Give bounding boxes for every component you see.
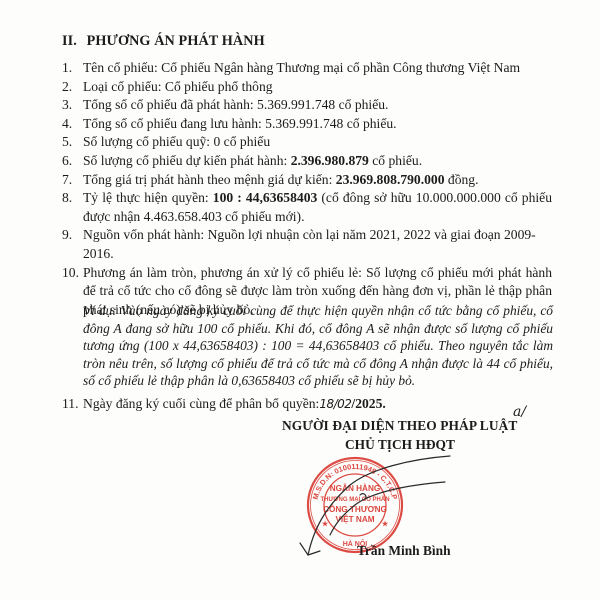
list-item: 3.Tổng số cổ phiếu đã phát hành: 5.369.9… xyxy=(62,96,552,115)
list-item: 4.Tổng số cổ phiếu đang lưu hành: 5.369.… xyxy=(62,115,552,134)
list-item: 5.Số lượng cổ phiếu quỹ: 0 cổ phiếu xyxy=(62,133,552,152)
rounding-example: Ví dụ: Vào ngày đăng ký cuối cùng để thự… xyxy=(83,302,553,390)
record-year: /2025. xyxy=(351,396,385,411)
list-item: 8.Tỷ lệ thực hiện quyền: 100 : 44,636584… xyxy=(62,189,552,226)
issuance-plan-list: 1.Tên cổ phiếu: Cổ phiếu Ngân hàng Thươn… xyxy=(62,59,552,319)
exercise-ratio: 100 : 44,63658403 xyxy=(213,190,318,205)
handwritten-date: 18/02 xyxy=(319,397,351,411)
signer-position: CHỦ TỊCH HĐQT xyxy=(345,437,455,453)
section-title: PHƯƠNG ÁN PHÁT HÀNH xyxy=(87,33,265,49)
section-heading: II. PHƯƠNG ÁN PHÁT HÀNH xyxy=(62,33,265,50)
signature-title: NGƯỜI ĐẠI DIỆN THEO PHÁP LUẬT xyxy=(282,418,517,434)
section-number: II. xyxy=(62,33,83,50)
handwritten-initials: a/ xyxy=(513,404,526,420)
document-page: II. PHƯƠNG ÁN PHÁT HÀNH 1.Tên cổ phiếu: … xyxy=(0,0,600,600)
list-item: 7.Tổng giá trị phát hành theo mệnh giá d… xyxy=(62,171,552,190)
signer-name: Trần Minh Bình xyxy=(357,543,451,559)
list-item: 9.Nguồn vốn phát hành: Nguồn lợi nhuận c… xyxy=(62,226,552,263)
planned-shares-value: 2.396.980.879 xyxy=(291,153,369,168)
total-par-value: 23.969.808.790.000 xyxy=(336,172,445,187)
list-item: 2.Loại cổ phiếu: Cổ phiếu phổ thông xyxy=(62,78,552,97)
list-item-record-date: 11.Ngày đăng ký cuối cùng để phân bổ quy… xyxy=(62,395,573,414)
list-item: 6.Số lượng cổ phiếu dự kiến phát hành: 2… xyxy=(62,152,552,171)
list-item: 1.Tên cổ phiếu: Cổ phiếu Ngân hàng Thươn… xyxy=(62,59,552,78)
